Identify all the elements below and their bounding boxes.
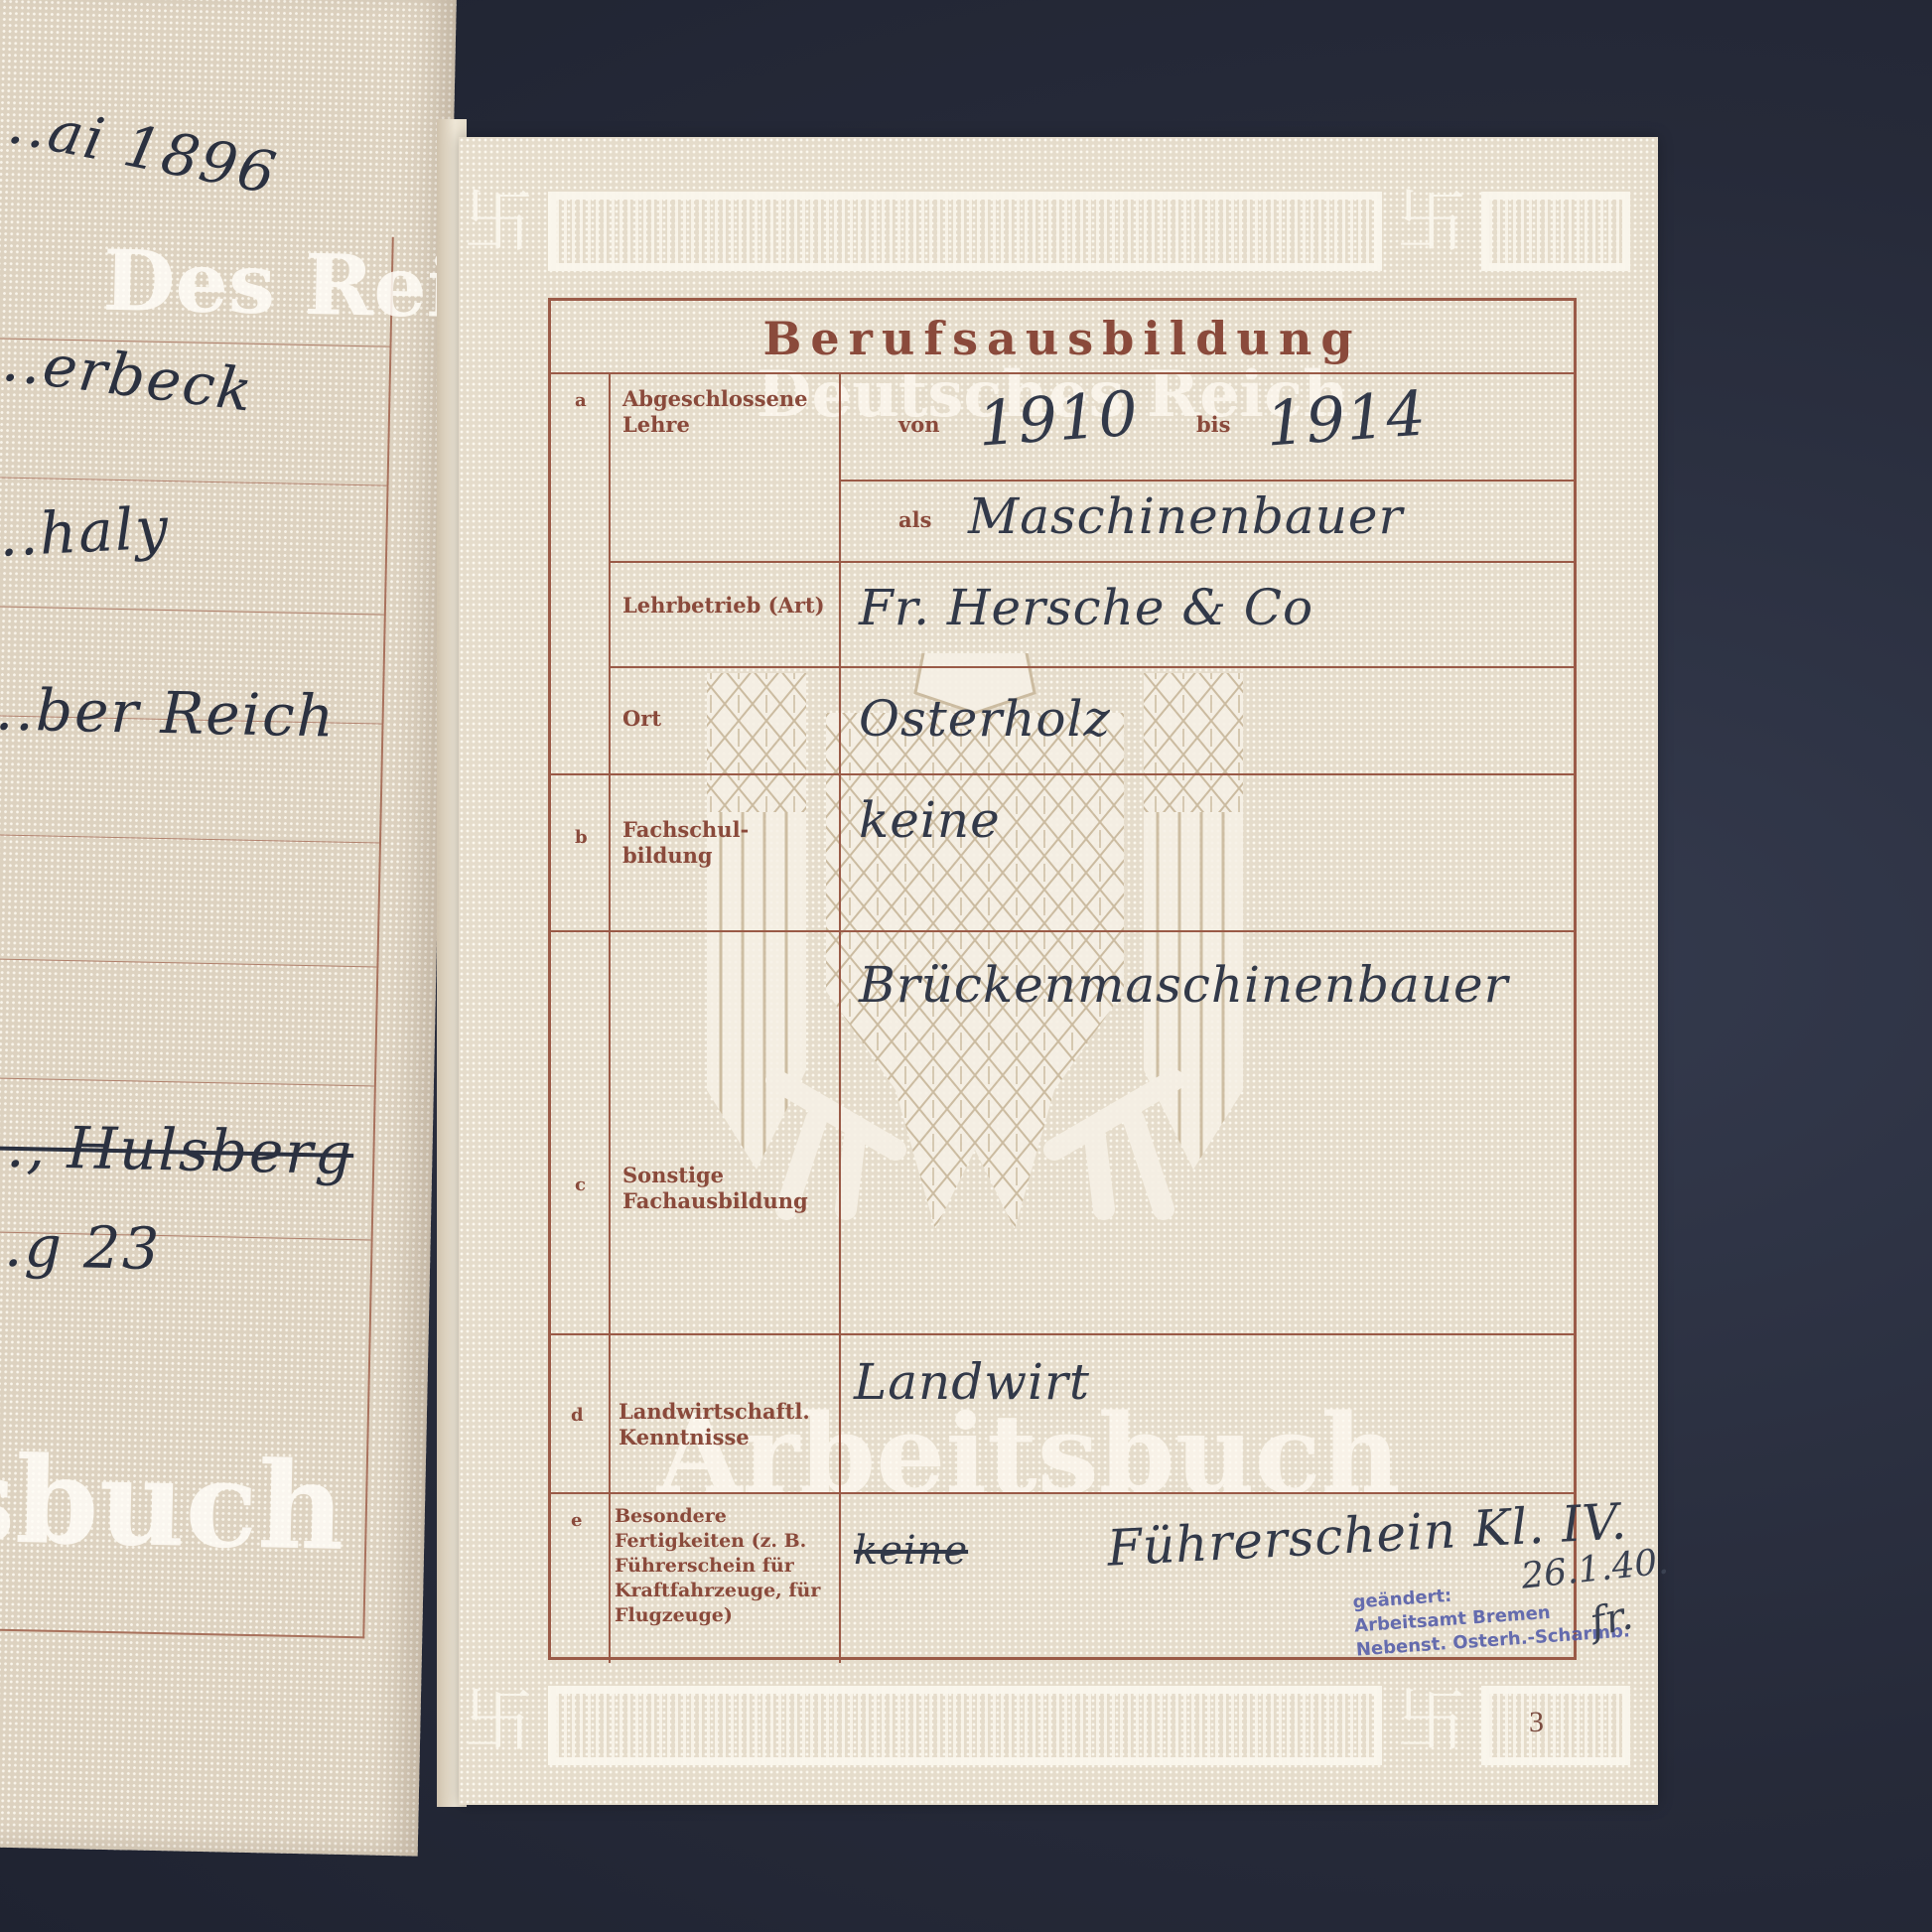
table-rule [611, 666, 1574, 668]
handwritten-entry-struck: ..., Hulsberg [0, 1112, 354, 1187]
meander-border-bottom [1481, 1686, 1630, 1765]
table-rule [839, 480, 1574, 482]
apprenticeship-start-year: 1910 [976, 376, 1141, 460]
watermark-text: sbuch [0, 1430, 345, 1578]
as-label: als [898, 507, 931, 533]
training-company: Fr. Hersche & Co [859, 579, 1313, 636]
to-label: bis [1196, 412, 1230, 438]
swastika-ornament-icon: 卐 [464, 1686, 533, 1755]
apprenticeship-trade: Maschinenbauer [968, 487, 1403, 545]
table-rule [551, 1492, 1574, 1494]
handwritten-entry: ...ai 1896 [0, 84, 283, 207]
table-rule [839, 372, 841, 1663]
table-rule [551, 773, 1574, 775]
handwritten-entry: ...g 23 [0, 1211, 162, 1283]
from-label: von [898, 412, 939, 438]
handwritten-entry: ...haly [0, 493, 172, 570]
field-label: Landwirtschaftl. Kenntnisse [619, 1399, 837, 1450]
field-label: Ort [622, 706, 831, 732]
meander-border-bottom [548, 1686, 1382, 1765]
swastika-ornament-icon: 卐 [464, 187, 533, 256]
left-page: Des Reich sbuch ...ai 1896 ...erbeck ...… [0, 0, 457, 1857]
form-title: Berufsausbildung [551, 301, 1574, 372]
meander-border-top [548, 192, 1382, 271]
table-rule [551, 372, 1574, 374]
field-label: Abgeschlossene Lehre [622, 386, 831, 438]
special-skills-struck-value: keine [854, 1528, 968, 1574]
left-page-frame [0, 228, 394, 1639]
row-letter: b [575, 827, 588, 848]
right-page: 卐 卐 卐 卐 3 Deut [459, 137, 1658, 1805]
field-label: Fachschul- bildung [622, 817, 771, 869]
row-letter: d [571, 1405, 584, 1426]
row-letter: c [575, 1174, 586, 1195]
field-label: Lehrbetrieb (Art) [622, 593, 831, 619]
agricultural-knowledge-value: Landwirt [854, 1353, 1090, 1411]
training-location: Osterholz [859, 690, 1111, 748]
table-rule [609, 372, 611, 1663]
vocational-training-form: Berufsausbildung a Abgeschlossene Lehre … [548, 298, 1577, 1660]
table-rule [551, 1333, 1574, 1335]
field-label: Besondere Fertigkeiten (z. B. Führersche… [615, 1504, 835, 1628]
page-number: 3 [1529, 1706, 1544, 1739]
row-letter: e [571, 1510, 582, 1531]
handwritten-entry: ...ber Reich [0, 675, 337, 751]
meander-border-top [1481, 192, 1630, 271]
apprenticeship-end-year: 1914 [1264, 376, 1429, 460]
stamp-initials: fr. [1587, 1592, 1637, 1646]
table-rule [611, 561, 1574, 563]
technical-school-value: keine [859, 791, 1001, 849]
field-label: Sonstige Fachausbildung [622, 1163, 831, 1214]
other-training-value: Brückenmaschinenbauer [859, 956, 1509, 1014]
swastika-ornament-icon: 卐 [1397, 1686, 1466, 1755]
table-rule [551, 930, 1574, 932]
row-letter: a [575, 390, 587, 411]
swastika-ornament-icon: 卐 [1397, 187, 1466, 256]
